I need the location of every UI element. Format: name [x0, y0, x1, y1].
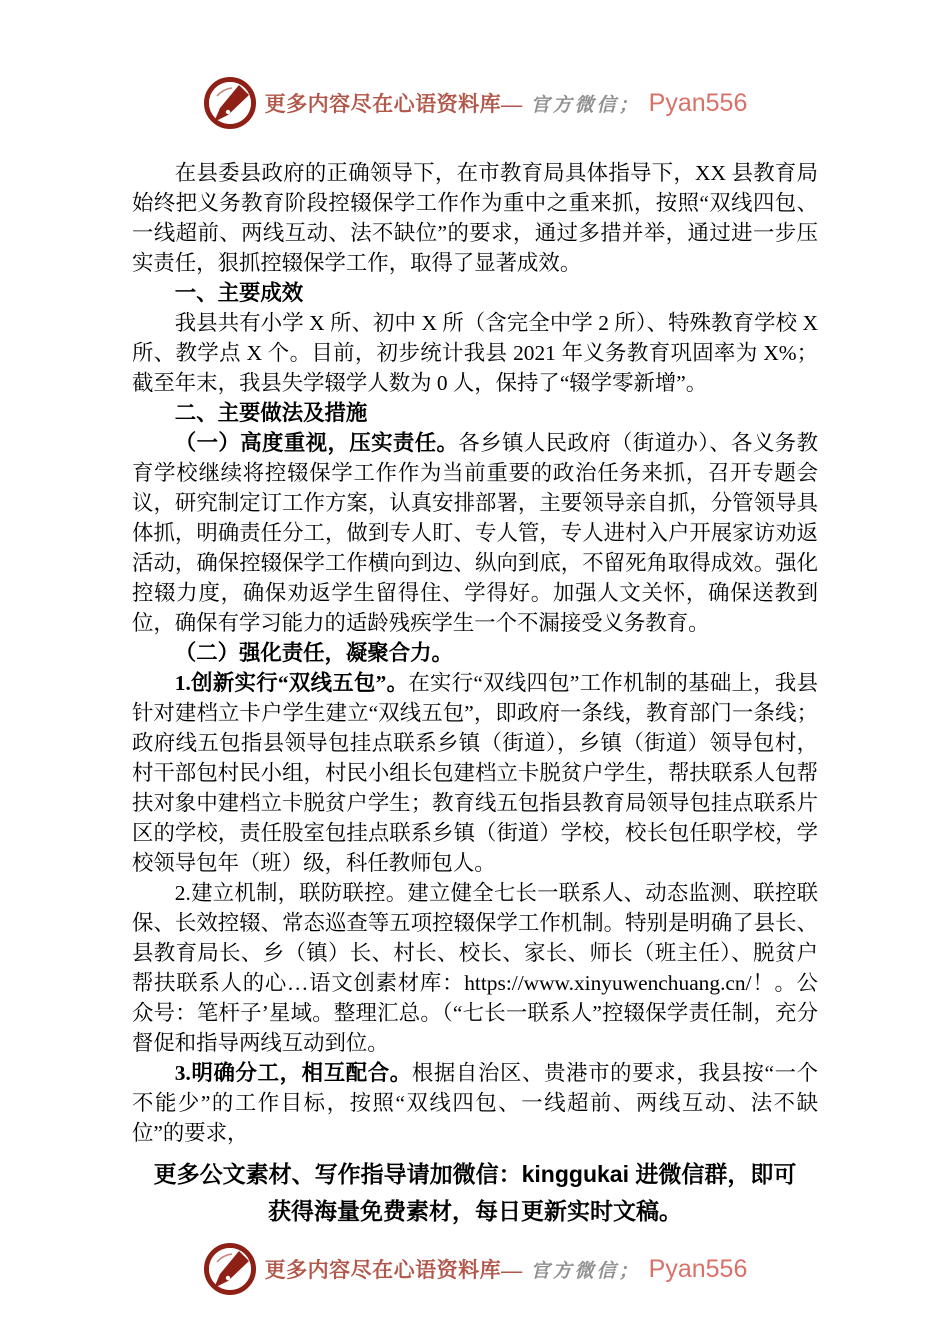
watermark-main-text: 更多内容尽在心语资料库—: [265, 88, 523, 118]
paragraph-measure-1: （一）高度重视，压实责任。各乡镇人民政府（街道办）、各义务教育学校继续将控辍保学…: [132, 428, 818, 638]
paragraph-item-3-lead: 3.明确分工，相互配合。: [175, 1061, 412, 1085]
heading-section-2-text: 二、主要做法及措施: [175, 401, 368, 425]
watermark-label-text: 官方微信；: [531, 90, 641, 117]
footer-ad: 更多公文素材、写作指导请加微信：kinggukai 进微信群，即可 获得海量免费…: [0, 1156, 950, 1230]
paragraph-item-2-text: 2.建立机制，联防联控。建立健全七长一联系人、动态监测、联控联保、长效控辍、常态…: [132, 881, 818, 1055]
document-page: 更多内容尽在心语资料库—官方微信； Pyan556 在县委县政府的正确领导下，在…: [0, 0, 950, 1344]
footer-ad-line-2: 获得海量免费素材，每日更新实时文稿。: [0, 1193, 950, 1230]
heading-section-1: 一、主要成效: [132, 278, 818, 308]
footer-ad-line-1: 更多公文素材、写作指导请加微信：kinggukai 进微信群，即可: [0, 1156, 950, 1193]
watermark-footer: 更多内容尽在心语资料库—官方微信； Pyan556: [0, 1240, 950, 1298]
watermark-wechat-id: Pyan556: [649, 1255, 748, 1284]
paragraph-item-1-text: 在实行“双线四包”工作机制的基础上，我县针对建档立卡户学生建立“双线五包”，即政…: [132, 671, 818, 875]
paragraph-item-1-lead: 1.创新实行“双线五包”。: [175, 671, 409, 695]
paragraph-item-1: 1.创新实行“双线五包”。在实行“双线四包”工作机制的基础上，我县针对建档立卡户…: [132, 668, 818, 878]
watermark-header: 更多内容尽在心语资料库—官方微信； Pyan556: [0, 0, 950, 132]
watermark-main-text: 更多内容尽在心语资料库—: [265, 1254, 523, 1284]
paragraph-item-2: 2.建立机制，联防联控。建立健全七长一联系人、动态监测、联控联保、长效控辍、常态…: [132, 878, 818, 1058]
paragraph-measure-1-text: 各乡镇人民政府（街道办）、各义务教育学校继续将控辍保学工作作为当前重要的政治任务…: [132, 431, 818, 635]
watermark-label-text: 官方微信；: [531, 1256, 641, 1283]
pen-circle-logo-icon: [203, 1242, 257, 1296]
paragraph-overview: 我县共有小学 X 所、初中 X 所（含完全中学 2 所）、特殊教育学校 X 所、…: [132, 308, 818, 398]
document-content: 在县委县政府的正确领导下，在市教育局具体指导下，XX 县教育局始终把义务教育阶段…: [132, 158, 818, 1148]
paragraph-intro: 在县委县政府的正确领导下，在市教育局具体指导下，XX 县教育局始终把义务教育阶段…: [132, 158, 818, 278]
watermark-wechat-id: Pyan556: [649, 89, 748, 118]
heading-section-1-text: 一、主要成效: [175, 281, 303, 305]
paragraph-intro-text: 在县委县政府的正确领导下，在市教育局具体指导下，XX 县教育局始终把义务教育阶段…: [132, 161, 818, 275]
heading-measure-2: （二）强化责任，凝聚合力。: [132, 638, 818, 668]
heading-measure-2-text: （二）强化责任，凝聚合力。: [175, 641, 453, 665]
paragraph-item-3: 3.明确分工，相互配合。根据自治区、贵港市的要求，我县按“一个不能少”的工作目标…: [132, 1058, 818, 1148]
paragraph-overview-text: 我县共有小学 X 所、初中 X 所（含完全中学 2 所）、特殊教育学校 X 所、…: [132, 311, 818, 395]
pen-circle-logo-icon: [203, 76, 257, 130]
heading-section-2: 二、主要做法及措施: [132, 398, 818, 428]
paragraph-measure-1-lead: （一）高度重视，压实责任。: [175, 431, 459, 455]
